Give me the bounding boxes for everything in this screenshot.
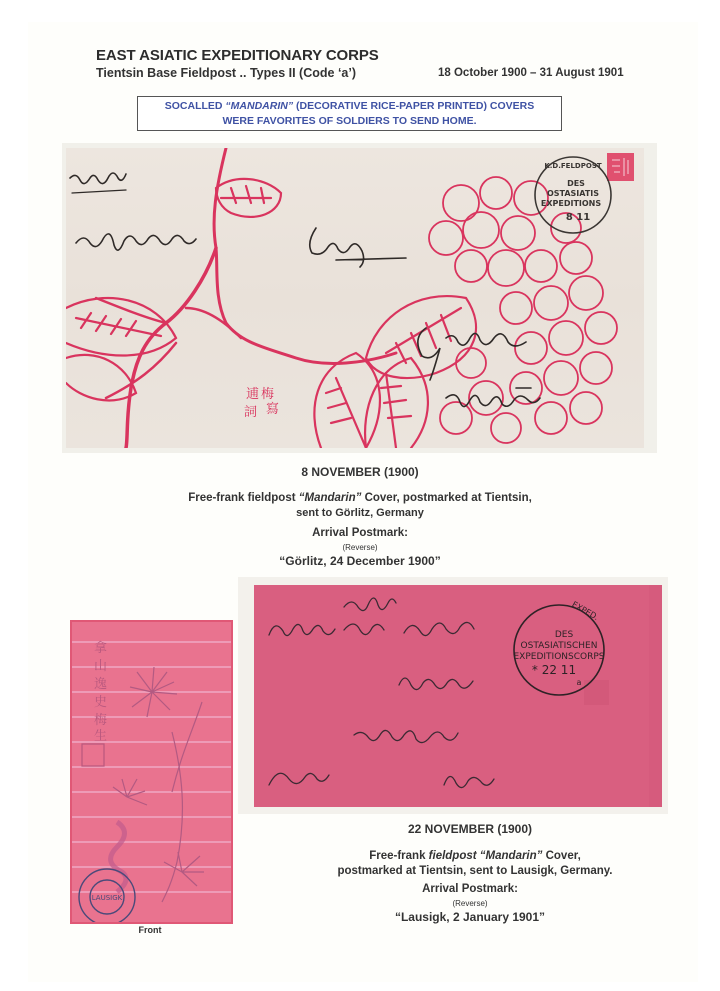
cover-1-date: 8 NOVEMBER (1900) (200, 465, 520, 479)
svg-text:DES: DES (555, 630, 574, 640)
cover-1-arrival-side: (Reverse) (230, 543, 490, 552)
svg-text:寫: 寫 (266, 402, 279, 417)
notice-line-2: WERE FAVORITES OF SOLDIERS TO SEND HOME. (138, 114, 561, 129)
svg-text:DES: DES (567, 179, 585, 188)
mandarin-floral-print: 逋梅 詞寫 K.D.FELDPOST DES OSTASIATIS EXPEDI… (66, 148, 644, 448)
svg-text:* 22 11: * 22 11 (532, 663, 576, 677)
svg-text:梅: 梅 (261, 386, 274, 402)
svg-text:詞: 詞 (244, 405, 257, 420)
cover-1-arrival-label: Arrival Postmark: (230, 527, 490, 539)
date-range: 18 October 1900 – 31 August 1901 (438, 67, 624, 79)
cover-2-image: DES OSTASIATISCHEN EXPEDITIONSCORPS * 22… (254, 585, 662, 807)
cover-2-description: Free-frank fieldpost “Mandarin” Cover, p… (300, 849, 650, 879)
cover-2-arrival-label: Arrival Postmark: (340, 883, 600, 895)
notice-box: SOCALLED “MANDARIN” (DECORATIVE RICE-PAP… (137, 96, 562, 131)
svg-text:OSTASIATIS: OSTASIATIS (547, 189, 599, 198)
cover-1-arrival-date: “Görlitz, 24 December 1900” (200, 554, 520, 568)
svg-text:OSTASIATISCHEN: OSTASIATISCHEN (521, 641, 598, 651)
notice-line-1: SOCALLED “MANDARIN” (DECORATIVE RICE-PAP… (138, 99, 561, 114)
svg-text:生: 生 (94, 728, 107, 744)
svg-text:8 11: 8 11 (566, 212, 590, 223)
svg-text:逸: 逸 (94, 677, 107, 692)
front-floral-print: 拿山逸 史梅生 LAUSIGK (72, 622, 231, 922)
svg-text:K.D.FELDPOST: K.D.FELDPOST (544, 162, 602, 170)
svg-text:EXPED.: EXPED. (570, 600, 600, 622)
cover-2-arrival-date: “Lausigk, 2 January 1901” (320, 910, 620, 924)
cover-2-arrival-side: (Reverse) (340, 899, 600, 908)
svg-text:梅: 梅 (94, 712, 107, 728)
svg-text:a: a (577, 678, 582, 687)
svg-text:山: 山 (94, 659, 107, 674)
cover-1-image: 逋梅 詞寫 K.D.FELDPOST DES OSTASIATIS EXPEDI… (66, 148, 644, 448)
svg-text:史: 史 (94, 694, 107, 710)
page-title: EAST ASIATIC EXPEDITIONARY CORPS (96, 47, 379, 64)
cover-2-date: 22 NOVEMBER (1900) (330, 822, 610, 836)
svg-text:EXPEDITIONSCORPS: EXPEDITIONSCORPS (514, 652, 605, 662)
page-subtitle: Tientsin Base Fieldpost .. Types II (Cod… (96, 66, 356, 80)
cover-1-description: Free-frank fieldpost “Mandarin” Cover, p… (160, 491, 560, 521)
svg-text:LAUSIGK: LAUSIGK (92, 894, 123, 902)
front-label: Front (110, 925, 190, 935)
svg-text:拿: 拿 (94, 641, 107, 656)
cover-3-front-image: 拿山逸 史梅生 LAUSIGK (70, 620, 233, 924)
red-cover-address: DES OSTASIATISCHEN EXPEDITIONSCORPS * 22… (254, 585, 662, 807)
svg-text:逋: 逋 (246, 386, 259, 402)
svg-text:EXPEDITIONS: EXPEDITIONS (541, 199, 602, 208)
